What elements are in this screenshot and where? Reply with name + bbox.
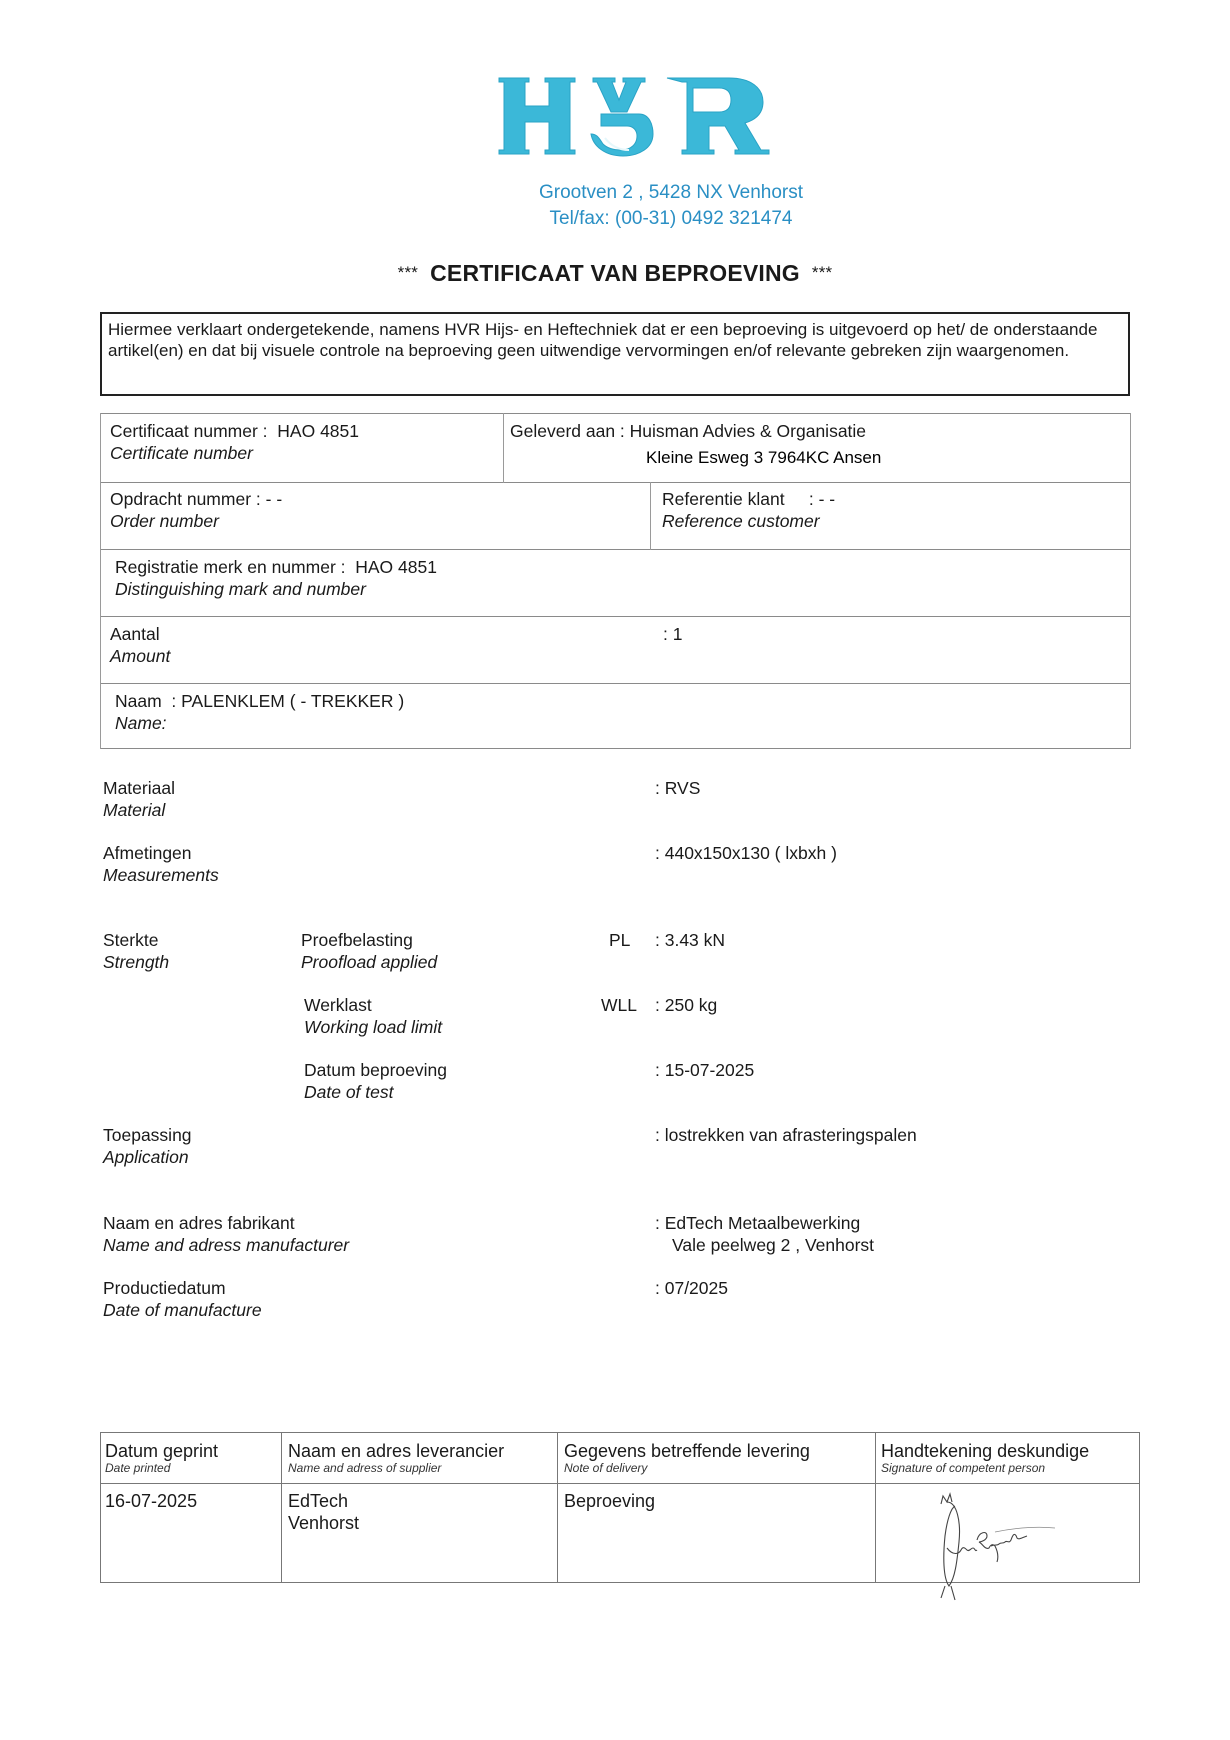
company-phone: Tel/fax: (00-31) 0492 321474 xyxy=(56,208,1230,230)
reference-customer-field: Referentie klant : - - Reference custome… xyxy=(662,488,835,532)
name-value: : PALENKLEM ( - TREKKER ) xyxy=(171,691,404,711)
proofload-label: ProefbelastingProofload applied xyxy=(301,929,437,973)
measurements-value: : 440x150x130 ( lxbxh ) xyxy=(655,842,837,864)
signature-icon xyxy=(925,1486,1085,1606)
manufacturer-value: : EdTech MetaalbewerkingVale peelweg 2 ,… xyxy=(655,1212,874,1256)
footer-col-date-printed: Datum geprint Date printed xyxy=(105,1441,218,1475)
footer-col-signature: Handtekening deskundige Signature of com… xyxy=(881,1441,1089,1475)
title-text: CERTIFICAAT VAN BEPROEVING xyxy=(430,260,800,286)
delivered-to-field: Geleverd aan : Huisman Advies & Organisa… xyxy=(510,420,866,442)
name-field: Naam : PALENKLEM ( - TREKKER ) Name: xyxy=(115,690,404,734)
strength-label: SterkteStrength xyxy=(103,929,169,973)
footer-col-delivery: Gegevens betreffende levering Note of de… xyxy=(564,1441,810,1475)
registration-value: HAO 4851 xyxy=(355,557,437,577)
certificate-number-value: HAO 4851 xyxy=(277,421,359,441)
company-address: Grootven 2 , 5428 NX Venhorst xyxy=(56,182,1230,204)
application-label: ToepassingApplication xyxy=(103,1124,192,1168)
footer-col-supplier: Naam en adres leverancier Name and adres… xyxy=(288,1441,504,1475)
production-date-label: ProductiedatumDate of manufacture xyxy=(103,1277,262,1321)
declaration-box: Hiermee verklaart ondergetekende, namens… xyxy=(100,312,1130,396)
order-number-field: Opdracht nummer : - - Order number xyxy=(110,488,282,532)
supplier-value: EdTechVenhorst xyxy=(288,1490,359,1534)
hvr-logo xyxy=(497,74,777,160)
hvr-logo-icon xyxy=(497,74,777,160)
manufacturer-label: Naam en adres fabrikantName and adress m… xyxy=(103,1212,349,1256)
material-label: MateriaalMaterial xyxy=(103,777,175,821)
material-value: : RVS xyxy=(655,777,700,799)
date-printed-value: 16-07-2025 xyxy=(105,1490,197,1512)
proofload-code: PL xyxy=(609,929,630,951)
order-number-value: - - xyxy=(266,489,283,509)
production-date-value: : 07/2025 xyxy=(655,1277,728,1299)
delivery-note-value: Beproeving xyxy=(564,1490,655,1512)
amount-field: Aantal Amount xyxy=(110,623,170,667)
wll-value: : 250 kg xyxy=(655,994,717,1016)
amount-value: : 1 xyxy=(663,623,682,645)
wll-label: WerklastWorking load limit xyxy=(304,994,442,1038)
certificate-number-field: Certificaat nummer : HAO 4851 Certificat… xyxy=(110,420,359,464)
test-date-label: Datum beproevingDate of test xyxy=(304,1059,447,1103)
test-date-value: : 15-07-2025 xyxy=(655,1059,754,1081)
application-value: : lostrekken van afrasteringspalen xyxy=(655,1124,917,1146)
proofload-value: : 3.43 kN xyxy=(655,929,725,951)
delivered-to-name: Huisman Advies & Organisatie xyxy=(630,421,866,441)
measurements-label: AfmetingenMeasurements xyxy=(103,842,219,886)
certificate-title: ***CERTIFICAAT VAN BEPROEVING*** xyxy=(0,260,1230,287)
title-stars-left: *** xyxy=(398,263,418,282)
reference-customer-value: : - - xyxy=(809,489,835,509)
wll-code: WLL xyxy=(601,994,637,1016)
registration-field: Registratie merk en nummer : HAO 4851 Di… xyxy=(115,556,437,600)
signature xyxy=(925,1486,1085,1611)
delivered-to-address: Kleine Esweg 3 7964KC Ansen xyxy=(646,447,881,469)
title-stars-right: *** xyxy=(812,263,832,282)
